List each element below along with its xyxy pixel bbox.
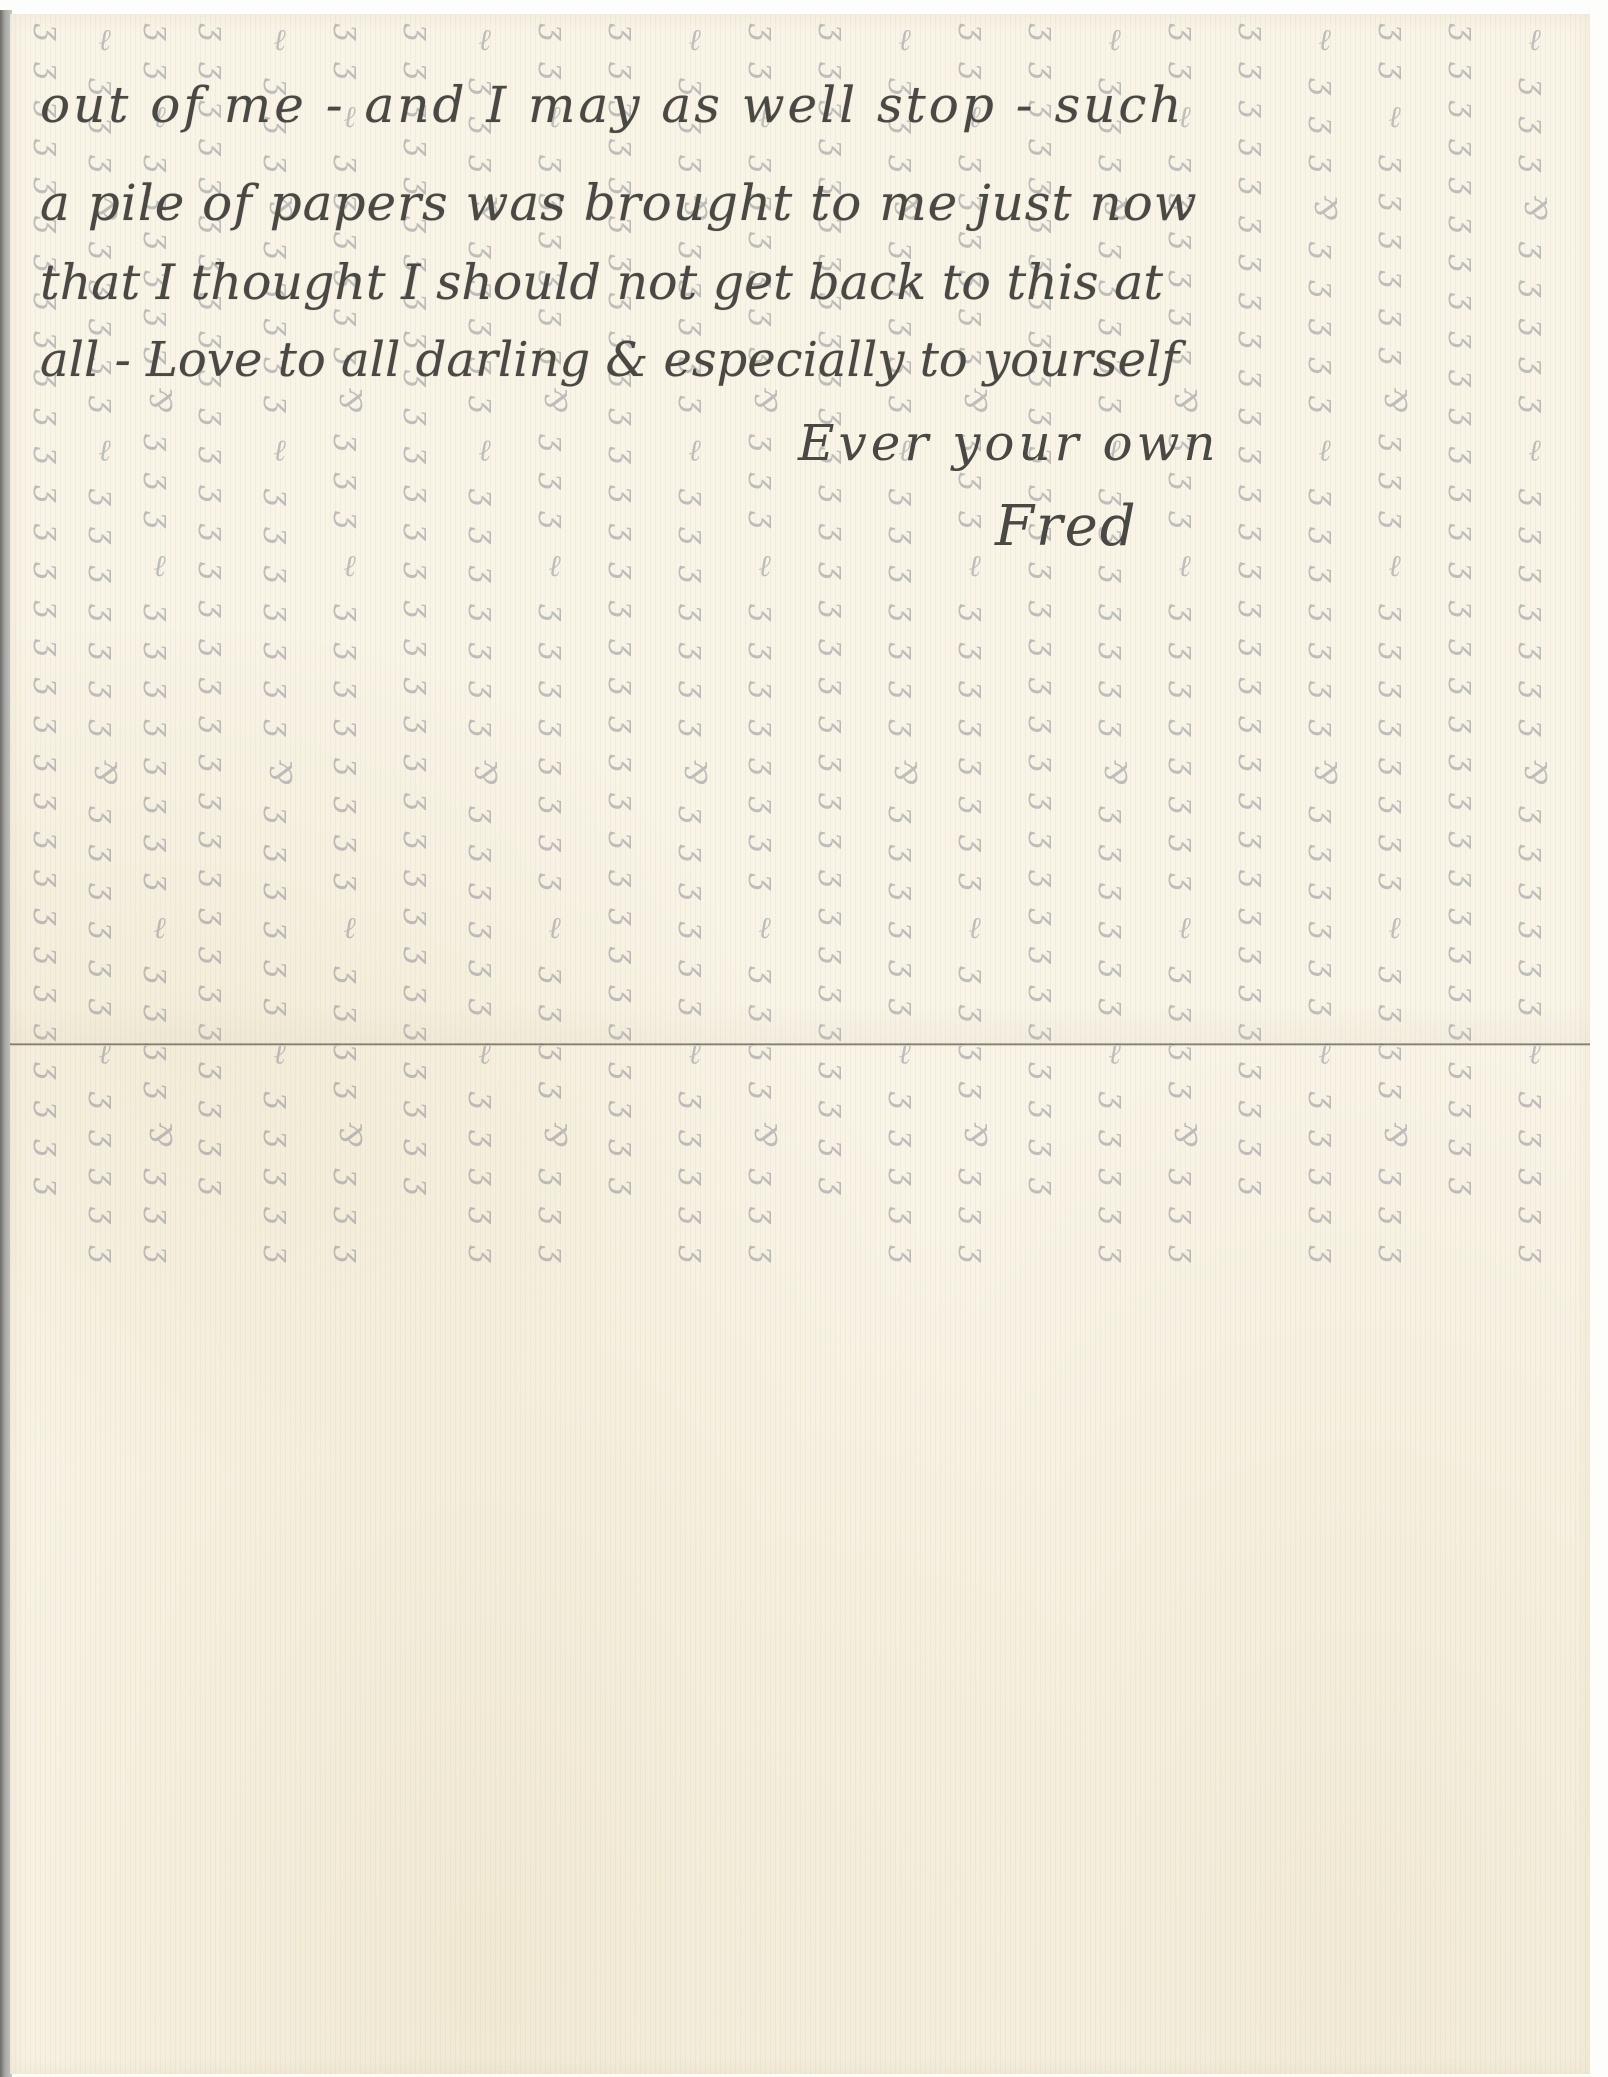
scanned-letter-page: ʒ ʒ ʒ ʒ ʒ ʒ ʒ ʒ ʒ ʒ ʒ ʒ ʒ ʒ ʒ ʒ ʒ ʒ ʒ ʒ … xyxy=(0,0,1608,2077)
ink-line-2: a pile of papers was brought to me just … xyxy=(40,174,1198,232)
ink-line-4: all - Love to all darling & especially t… xyxy=(40,332,1179,388)
ink-line-1: out of me - and I may as well stop - suc… xyxy=(40,76,1185,134)
closing-phrase: Ever your own xyxy=(798,414,1220,472)
paper-fold-crease xyxy=(10,1043,1590,1046)
fold-shading xyxy=(10,1004,1590,1044)
ink-line-3: that I thought I should not get back to … xyxy=(40,254,1163,311)
signature-name: Fred xyxy=(995,494,1138,559)
letter-paper: ʒ ʒ ʒ ʒ ʒ ʒ ʒ ʒ ʒ ʒ ʒ ʒ ʒ ʒ ʒ ʒ ʒ ʒ ʒ ʒ … xyxy=(10,14,1590,2074)
